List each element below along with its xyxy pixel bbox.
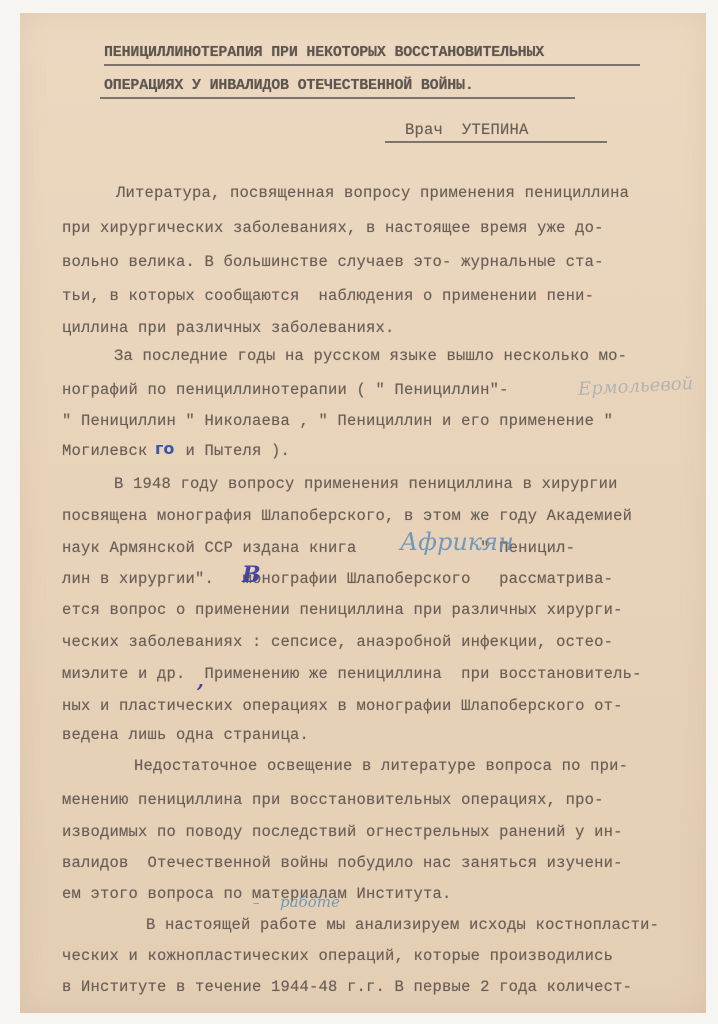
handwritten-rabote: работе [280,893,340,911]
title-underline-2 [100,97,575,99]
body-line: ется вопрос о применении пенициллина при… [62,600,623,620]
body-line: лин в хирургии". монографии Шлапоберског… [62,569,613,589]
body-line: " Пенициллин " Николаева , " Пенициллин … [62,411,613,431]
body-line: вольно велика. В большинстве случаев это… [62,252,604,272]
body-line: при хирургических заболеваниях, в настоя… [62,218,604,238]
body-line: циллина при различных заболеваниях. [62,318,395,338]
handwritten-dash-mark: – [253,896,260,911]
title-underline-1 [104,64,640,66]
author-underline [385,141,607,143]
handwritten-afrikyan: Африкян [400,528,514,556]
body-line: ческих заболеваниях : сепсисе, анаэробно… [62,632,613,652]
body-line: посвящена монография Шлапоберского, в эт… [62,506,632,526]
handwritten-comma: , [197,668,204,692]
body-line: тьи, в которых сообщаются наблюдения о п… [62,286,594,306]
body-line: Могилевск и Пытеля ). [62,441,290,461]
handwritten-capital-v: В [242,562,261,588]
body-line: ных и пластических операциях в монографи… [62,696,623,716]
body-line: миэлите и др. Применению же пенициллина … [62,664,642,684]
body-line: в Институте в течение 1944-48 г.г. В пер… [62,977,632,997]
body-line: В 1948 году вопросу применения пеницилли… [114,474,618,494]
body-line: валидов Отечественной войны побудило нас… [62,853,623,873]
body-line: ческих и кожнопластических операций, кот… [62,946,613,966]
body-line: За последние годы на русском языке вышло… [114,346,627,366]
title-line-1: ПЕНИЦИЛЛИНОТЕРАПИЯ ПРИ НЕКОТОРЫХ ВОССТАН… [104,43,544,63]
body-line: Недостаточное освещение в литературе воп… [134,756,628,776]
body-line: нографий по пенициллинотерапии ( " Пениц… [62,380,509,400]
title-line-2: ОПЕРАЦИЯХ У ИНВАЛИДОВ ОТЕЧЕСТВЕННОЙ ВОЙН… [104,76,474,96]
body-line: менению пенициллина при восстановительны… [62,790,604,810]
handwritten-correction-go: го [155,439,174,458]
body-line: ведена лишь одна страница. [62,725,309,745]
body-line: изводимых по поводу последствий огнестре… [62,822,623,842]
body-line: Литература, посвященная вопросу применен… [116,183,629,203]
body-line: В настоящей работе мы анализируем исходы… [146,915,659,935]
author-line: Врач УТЕПИНА [405,120,529,140]
